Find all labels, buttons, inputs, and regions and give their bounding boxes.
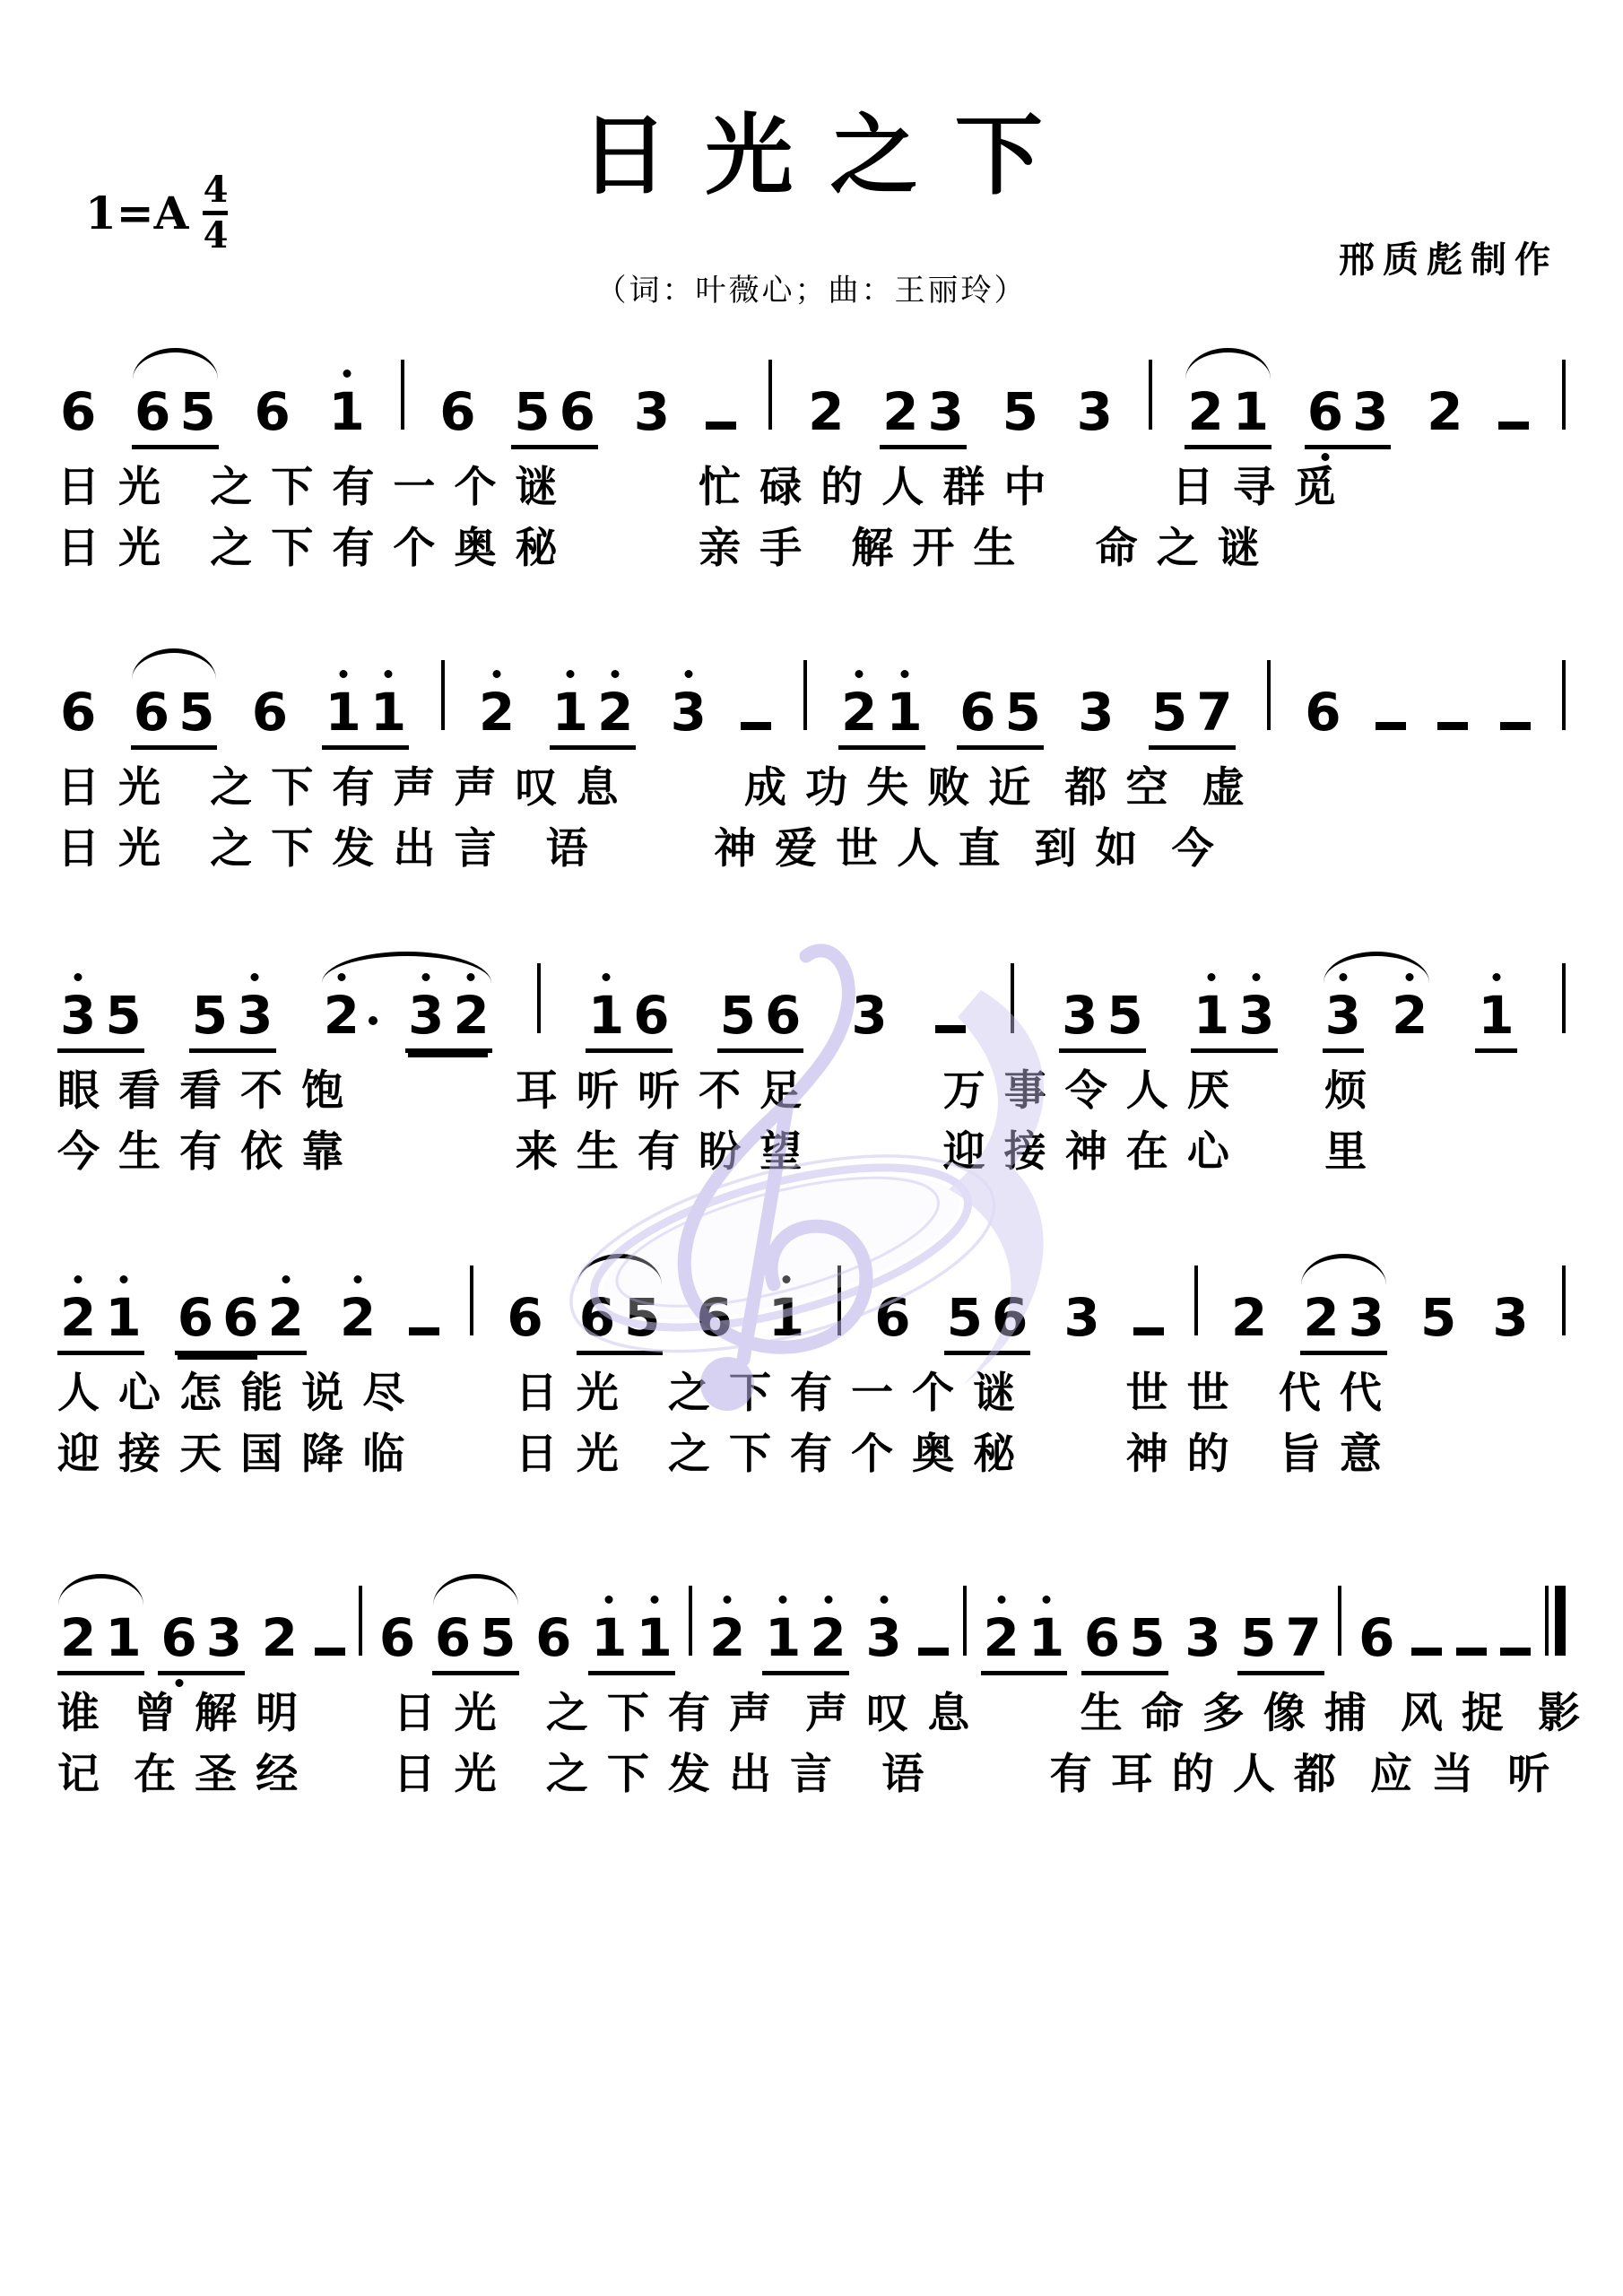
note: 1 bbox=[105, 1291, 141, 1344]
note-digit: 6 bbox=[696, 1287, 732, 1348]
note-group: 1 bbox=[326, 386, 368, 445]
note: 6 bbox=[135, 386, 170, 438]
slur-arc bbox=[1324, 952, 1430, 983]
note-group: 3 bbox=[848, 989, 890, 1048]
note-group: 65 bbox=[131, 686, 218, 750]
note-digit: 6 bbox=[439, 381, 475, 442]
note-group: 13 bbox=[1191, 989, 1278, 1053]
note-digit: 6 bbox=[252, 682, 288, 743]
note-digit: 6 bbox=[222, 1287, 258, 1348]
note-digit: 1 bbox=[765, 1607, 801, 1668]
octave-dot-high bbox=[650, 1596, 658, 1604]
lyrics-verse1: 日 光 之 下 有 一 个 谜 忙 碌 的 人 群 中 日 寻 觅 bbox=[57, 457, 1566, 517]
note-digit: 3 bbox=[1352, 381, 1388, 442]
note-digit: 5 bbox=[1420, 1287, 1456, 1348]
note-digit: 1 bbox=[329, 381, 365, 442]
note-group: 2 bbox=[259, 1612, 300, 1671]
lyrics-verse1: 人 心 怎 能 说 尽 日 光 之 下 有 一 个 谜 世 世 代 代 bbox=[57, 1362, 1566, 1423]
note: 1 bbox=[886, 686, 922, 738]
notes-line: 6656165632235321632 bbox=[57, 318, 1566, 449]
key-label: 1=A bbox=[85, 187, 188, 239]
barline bbox=[401, 360, 404, 430]
note-digit: 2 bbox=[324, 985, 360, 1046]
note-group: 3 bbox=[863, 1612, 904, 1671]
note-group: 6 bbox=[1302, 686, 1343, 745]
note: 2 bbox=[1392, 989, 1428, 1041]
note-digit: 6 bbox=[60, 381, 96, 442]
notes-line: 21662266561656322353 bbox=[57, 1224, 1566, 1355]
note-digit: 2 bbox=[262, 1607, 298, 1668]
note-group: 32 bbox=[405, 989, 492, 1053]
note-group: 21 bbox=[838, 686, 925, 750]
note-group: 5 bbox=[1000, 386, 1041, 445]
note: 3 bbox=[1078, 686, 1114, 738]
note: 1 bbox=[370, 686, 406, 738]
notes-line: 665611212321653576 bbox=[57, 619, 1566, 750]
barline bbox=[1267, 660, 1271, 730]
note: 6 bbox=[379, 1612, 415, 1664]
slurred-group: 32 bbox=[1323, 989, 1431, 1053]
note: 6 bbox=[60, 386, 96, 438]
note: 3 bbox=[865, 1612, 901, 1664]
slur-arc bbox=[133, 348, 218, 379]
note-digit: 5 bbox=[1151, 682, 1187, 743]
note: 6 bbox=[507, 1291, 542, 1344]
lyrics-verse2: 记 在 圣 经 日 光 之 下 发 出 言 语 有 耳 的 人 都 应 当 听 bbox=[57, 1744, 1566, 1805]
note: 2 bbox=[453, 989, 489, 1041]
octave-dot-low bbox=[1321, 453, 1329, 461]
note-digit: 5 bbox=[1129, 1607, 1165, 1668]
note: 5 bbox=[1002, 386, 1038, 438]
note-digit: 6 bbox=[435, 1607, 471, 1668]
octave-dot-high bbox=[855, 670, 864, 678]
octave-dot-high bbox=[1043, 1596, 1051, 1604]
note-digit: 2 bbox=[709, 1607, 745, 1668]
note-digit: 2 bbox=[267, 1287, 303, 1348]
rest-dash bbox=[706, 422, 736, 430]
note-group: 21 bbox=[57, 1612, 144, 1675]
note: 3 bbox=[237, 989, 273, 1041]
note-digit: 3 bbox=[928, 381, 964, 442]
note: 1 bbox=[325, 686, 360, 738]
note-digit: 5 bbox=[1107, 985, 1142, 1046]
producer-credit: 邢质彪制作 bbox=[1339, 231, 1558, 283]
octave-dot-high bbox=[251, 973, 259, 981]
lyrics-verse1: 眼 看 看 不 饱 耳 听 听 不 足 万 事 令 人 厌 烦 bbox=[57, 1060, 1566, 1121]
note: 6 bbox=[696, 1291, 732, 1344]
note-digit: 3 bbox=[1349, 1287, 1384, 1348]
note-digit: 6 bbox=[560, 381, 595, 442]
note: 6 bbox=[178, 1291, 213, 1344]
note-group: 3 bbox=[668, 686, 709, 745]
note: 1 bbox=[768, 1291, 804, 1344]
note-group: 11 bbox=[588, 1612, 675, 1675]
note-digit: 3 bbox=[1078, 682, 1114, 743]
note: 5 bbox=[192, 989, 228, 1041]
note: 2 bbox=[340, 1291, 376, 1344]
slurred-group: 232 bbox=[321, 989, 492, 1053]
note-digit: 3 bbox=[1238, 985, 1274, 1046]
note-digit: 3 bbox=[408, 985, 444, 1046]
second-beam bbox=[408, 1053, 488, 1057]
note-digit: 2 bbox=[810, 1607, 846, 1668]
note: 3 bbox=[408, 989, 444, 1041]
note: 3 bbox=[1349, 1291, 1384, 1344]
barline bbox=[803, 660, 807, 730]
note-digit: 5 bbox=[1240, 1607, 1276, 1668]
note-group: 6 bbox=[57, 386, 99, 445]
lyrics-verse2: 日 光 之 下 发 出 言 语 神 爱 世 人 直 到 如 今 bbox=[57, 818, 1566, 879]
note-group: 2 bbox=[1228, 1291, 1270, 1351]
note-group: 23 bbox=[880, 386, 967, 449]
note-digit: 5 bbox=[1002, 381, 1038, 442]
note-group: 2 bbox=[476, 686, 517, 745]
final-barline-thin bbox=[1545, 1586, 1549, 1656]
note: 3 bbox=[1185, 1612, 1220, 1664]
note: 3 bbox=[634, 386, 670, 438]
rest-dash bbox=[741, 722, 771, 730]
note-digit: 6 bbox=[161, 1607, 196, 1668]
note-group: 3 bbox=[631, 386, 673, 445]
note: 2 bbox=[709, 1612, 745, 1664]
note-digit: 1 bbox=[636, 1607, 672, 1668]
note-digit: 2 bbox=[1427, 381, 1462, 442]
octave-dot-high bbox=[783, 1275, 791, 1283]
note: 1 bbox=[552, 686, 588, 738]
note-group: 3 bbox=[1323, 989, 1364, 1053]
note: 7 bbox=[1286, 1612, 1322, 1664]
rest-dash bbox=[1411, 1648, 1442, 1656]
note: 5 bbox=[1420, 1291, 1456, 1344]
note-group: 57 bbox=[1149, 686, 1236, 750]
note-group: 21 bbox=[1185, 386, 1271, 449]
barline bbox=[359, 1586, 362, 1656]
note-digit: 2 bbox=[1231, 1287, 1267, 1348]
note: 2 bbox=[1231, 1291, 1267, 1344]
note-group: 2 bbox=[321, 989, 380, 1048]
note-digit: 6 bbox=[1084, 1607, 1120, 1668]
note-digit: 2 bbox=[808, 381, 844, 442]
rest-dash bbox=[1437, 722, 1468, 730]
note: 6 bbox=[579, 1291, 615, 1344]
note: 3 bbox=[671, 686, 707, 738]
octave-dot-high bbox=[880, 1596, 888, 1604]
note: 2 bbox=[810, 1612, 846, 1664]
note-group: 6 bbox=[249, 686, 291, 745]
note-group: 2 bbox=[707, 1612, 748, 1671]
note-digit: 2 bbox=[479, 682, 515, 743]
octave-dot-high bbox=[779, 1596, 787, 1604]
note: 1 bbox=[588, 989, 624, 1041]
lyrics-verse2: 迎 接 天 国 降 临 日 光 之 下 有 个 奥 秘 神 的 旨 意 bbox=[57, 1423, 1566, 1484]
note: 1 bbox=[591, 1612, 627, 1664]
note-group: 12 bbox=[762, 1612, 849, 1675]
note-digit: 6 bbox=[959, 682, 995, 743]
page-title: 日光之下 bbox=[0, 109, 1623, 206]
note-digit: 5 bbox=[105, 985, 141, 1046]
lyrics-verse2: 今 生 有 依 靠 来 生 有 盼 望 迎 接 神 在 心 里 bbox=[57, 1121, 1566, 1182]
note-group: 56 bbox=[717, 989, 804, 1053]
note: 6 bbox=[560, 386, 595, 438]
note-digit: 7 bbox=[1196, 682, 1232, 743]
lyrics-block: 日 光 之 下 有 一 个 谜 忙 碌 的 人 群 中 日 寻 觅日 光 之 下… bbox=[57, 457, 1566, 578]
note: 2 bbox=[60, 1612, 96, 1664]
note-digit: 1 bbox=[105, 1607, 141, 1668]
note-digit: 1 bbox=[552, 682, 588, 743]
barline bbox=[1011, 963, 1014, 1033]
note-digit: 1 bbox=[886, 682, 922, 743]
slur-arc bbox=[1301, 1254, 1386, 1285]
note-group: 3 bbox=[1074, 386, 1115, 445]
octave-dot-high bbox=[566, 670, 574, 678]
note-group: 65 bbox=[132, 386, 219, 449]
note-digit: 6 bbox=[874, 1287, 910, 1348]
octave-dot-high bbox=[684, 670, 692, 678]
note-digit: 6 bbox=[1305, 682, 1341, 743]
note-digit: 6 bbox=[135, 381, 170, 442]
note-digit: 3 bbox=[634, 381, 670, 442]
note: 6 bbox=[439, 386, 475, 438]
octave-dot-high bbox=[900, 670, 908, 678]
note: 6 bbox=[959, 686, 995, 738]
note-digit: 5 bbox=[178, 682, 214, 743]
note: 6 bbox=[222, 1291, 258, 1344]
note: 6 bbox=[874, 1291, 910, 1344]
note: 2 bbox=[1303, 1291, 1339, 1344]
note-digit: 6 bbox=[535, 1607, 571, 1668]
barline bbox=[1149, 360, 1152, 430]
octave-dot-low bbox=[175, 1679, 183, 1687]
note-group: 65 bbox=[1081, 1612, 1168, 1675]
note-digit: 2 bbox=[1392, 985, 1428, 1046]
note: 6 bbox=[252, 686, 288, 738]
octave-dot-high bbox=[385, 670, 393, 678]
note-digit: 2 bbox=[597, 682, 633, 743]
note-digit: 5 bbox=[192, 985, 228, 1046]
note: 5 bbox=[178, 686, 214, 738]
note-digit: 1 bbox=[588, 985, 624, 1046]
note-digit: 6 bbox=[60, 682, 96, 743]
octave-dot-high bbox=[74, 973, 82, 981]
note: 2 bbox=[841, 686, 877, 738]
note-digit: 6 bbox=[178, 1287, 213, 1348]
lyrics-verse1: 谁 曾 解 明 日 光 之 下 有 声 声 叹 息 生 命 多 像 捕 风 捉 … bbox=[57, 1683, 1566, 1744]
rest-dash bbox=[935, 1025, 966, 1033]
note-digit: 2 bbox=[841, 682, 877, 743]
note-digit: 5 bbox=[179, 381, 215, 442]
note: 2 bbox=[262, 1612, 298, 1664]
lyrics-block: 人 心 怎 能 说 尽 日 光 之 下 有 一 个 谜 世 世 代 代迎 接 天… bbox=[57, 1362, 1566, 1484]
note: 6 bbox=[535, 1612, 571, 1664]
note: 5 bbox=[1240, 1612, 1276, 1664]
octave-dot-high bbox=[1207, 973, 1215, 981]
note-digit: 6 bbox=[992, 1287, 1028, 1348]
note-group: 6 bbox=[251, 386, 292, 445]
note-digit: 5 bbox=[947, 1287, 983, 1348]
note-group: 1 bbox=[1475, 989, 1516, 1053]
final-barline bbox=[1545, 1586, 1566, 1656]
note: 2 bbox=[479, 686, 515, 738]
note-digit: 1 bbox=[1193, 985, 1229, 1046]
note-digit: 6 bbox=[1307, 381, 1343, 442]
note-group: 6 bbox=[1356, 1612, 1397, 1671]
octave-dot-high bbox=[354, 1275, 362, 1283]
note: 5 bbox=[480, 1612, 516, 1664]
note-digit: 3 bbox=[237, 985, 273, 1046]
note: 6 bbox=[1305, 686, 1341, 738]
rest-dash bbox=[409, 1327, 439, 1335]
note: 3 bbox=[1352, 386, 1388, 438]
note: 5 bbox=[514, 386, 550, 438]
note: 2 bbox=[808, 386, 844, 438]
note-digit: 6 bbox=[765, 985, 801, 1046]
note: 3 bbox=[1492, 1291, 1528, 1344]
note: 6 bbox=[633, 989, 669, 1041]
note: 3 bbox=[60, 989, 96, 1041]
rest-dash bbox=[1500, 722, 1531, 730]
note-group: 6 bbox=[533, 1612, 574, 1671]
barline bbox=[1562, 963, 1566, 1033]
barline bbox=[1562, 660, 1566, 730]
octave-dot-high bbox=[997, 1596, 1005, 1604]
note: 5 bbox=[105, 989, 141, 1041]
octave-dot-high bbox=[603, 973, 611, 981]
note-digit: 3 bbox=[1063, 1287, 1099, 1348]
note-group: 2 bbox=[337, 1291, 378, 1351]
lyrics-block: 眼 看 看 不 饱 耳 听 听 不 足 万 事 令 人 厌 烦今 生 有 依 靠… bbox=[57, 1060, 1566, 1182]
note-group: 6 bbox=[437, 386, 478, 445]
barline bbox=[1562, 1265, 1566, 1335]
note-group: 3 bbox=[1061, 1291, 1102, 1351]
barline bbox=[963, 1586, 967, 1656]
note-digit: 5 bbox=[624, 1287, 660, 1348]
barline bbox=[1194, 1265, 1198, 1335]
note: 6 bbox=[1358, 1612, 1394, 1664]
note-group: 65 bbox=[432, 1612, 519, 1675]
octave-dot-high bbox=[343, 370, 351, 378]
note-digit: 1 bbox=[325, 682, 360, 743]
slur-arc bbox=[132, 648, 217, 680]
note: 3 bbox=[1238, 989, 1274, 1041]
note-digit: 2 bbox=[60, 1607, 96, 1668]
notes-line: 3553232165633513321 bbox=[57, 922, 1566, 1053]
note-digit: 5 bbox=[480, 1607, 516, 1668]
note-digit: 1 bbox=[591, 1607, 627, 1668]
note: 1 bbox=[1478, 989, 1514, 1041]
note: 3 bbox=[206, 1612, 242, 1664]
note-digit: 3 bbox=[60, 985, 96, 1046]
note-digit: 2 bbox=[340, 1287, 376, 1348]
note: 1 bbox=[1233, 386, 1269, 438]
note: 2 bbox=[1427, 386, 1462, 438]
note: 3 bbox=[1325, 989, 1361, 1041]
note-group: 21 bbox=[981, 1612, 1068, 1675]
note-digit: 7 bbox=[1286, 1607, 1322, 1668]
system-2: 665611212321653576日 光 之 下 有 声 声 叹 息 成 功 … bbox=[57, 619, 1566, 879]
note-group: 23 bbox=[1300, 1291, 1387, 1355]
octave-dot-high bbox=[605, 1596, 613, 1604]
note-digit: 1 bbox=[1028, 1607, 1064, 1668]
note-digit: 3 bbox=[671, 682, 707, 743]
octave-dot-high bbox=[1253, 973, 1261, 981]
notes-line: 21632665611212321653576 bbox=[57, 1544, 1566, 1675]
note-digit: 2 bbox=[984, 1607, 1020, 1668]
note: 5 bbox=[1107, 989, 1142, 1041]
note-digit: 3 bbox=[851, 985, 887, 1046]
octave-dot-high bbox=[724, 1596, 732, 1604]
octave-dot-high bbox=[612, 670, 620, 678]
note-group: 6 bbox=[872, 1291, 913, 1351]
note-digit: 6 bbox=[254, 381, 290, 442]
final-barline-thick bbox=[1555, 1586, 1566, 1656]
note: 1 bbox=[329, 386, 365, 438]
system-4: 21662266561656322353人 心 怎 能 说 尽 日 光 之 下 … bbox=[57, 1224, 1566, 1484]
note-digit: 3 bbox=[1492, 1287, 1528, 1348]
note-group: 3 bbox=[1182, 1612, 1223, 1671]
note-digit: 6 bbox=[379, 1607, 415, 1668]
note: 6 bbox=[765, 989, 801, 1041]
note-digit: 3 bbox=[1062, 985, 1098, 1046]
slur-arc bbox=[577, 1254, 663, 1285]
note: 1 bbox=[636, 1612, 672, 1664]
note: 2 bbox=[1187, 386, 1223, 438]
note: 7 bbox=[1196, 686, 1232, 738]
barline bbox=[689, 1586, 692, 1656]
rest-dash bbox=[1498, 422, 1529, 430]
note-group: 65 bbox=[577, 1291, 664, 1355]
system-5: 21632665611212321653576谁 曾 解 明 日 光 之 下 有… bbox=[57, 1544, 1566, 1805]
sheet-music-page: { "header": { "title": "日光之下", "key_labe… bbox=[0, 0, 1623, 2296]
note: 5 bbox=[1151, 686, 1187, 738]
note: 6 bbox=[1307, 386, 1343, 438]
note-digit: 1 bbox=[1233, 381, 1269, 442]
note-group: 3 bbox=[1075, 686, 1116, 745]
note-group: 53 bbox=[189, 989, 276, 1053]
note: 3 bbox=[928, 386, 964, 438]
note-digit: 1 bbox=[370, 682, 406, 743]
note: 6 bbox=[1084, 1612, 1120, 1664]
slur-arc bbox=[58, 1574, 143, 1605]
note: 6 bbox=[161, 1612, 196, 1664]
note-digit: 2 bbox=[1303, 1287, 1339, 1348]
note-group: 11 bbox=[322, 686, 409, 750]
note-group: 6 bbox=[504, 1291, 545, 1351]
note-group: 6 bbox=[57, 686, 99, 745]
lyrics-verse1: 日 光 之 下 有 声 声 叹 息 成 功 失 败 近 都 空 虚 bbox=[57, 757, 1566, 818]
note-digit: 3 bbox=[1077, 381, 1113, 442]
rest-dash bbox=[1500, 1648, 1531, 1656]
note-digit: 3 bbox=[1325, 985, 1361, 1046]
slur-arc bbox=[1185, 348, 1271, 379]
note: 2 bbox=[60, 1291, 96, 1344]
note: 2 bbox=[324, 989, 360, 1041]
barline bbox=[1562, 360, 1566, 430]
barline bbox=[1338, 1586, 1341, 1656]
note: 5 bbox=[947, 1291, 983, 1344]
note-digit: 5 bbox=[1004, 682, 1040, 743]
note-group: 35 bbox=[1059, 989, 1146, 1053]
note-digit: 2 bbox=[882, 381, 918, 442]
note-group: 65 bbox=[957, 686, 1044, 750]
note-digit: 2 bbox=[453, 985, 489, 1046]
time-numerator: 4 bbox=[204, 172, 229, 208]
note: 3 bbox=[1063, 1291, 1099, 1344]
note: 2 bbox=[267, 1291, 303, 1344]
note: 3 bbox=[1077, 386, 1113, 438]
note-digit: 1 bbox=[105, 1287, 141, 1348]
barline bbox=[441, 660, 445, 730]
note-group: 6 bbox=[377, 1612, 418, 1671]
